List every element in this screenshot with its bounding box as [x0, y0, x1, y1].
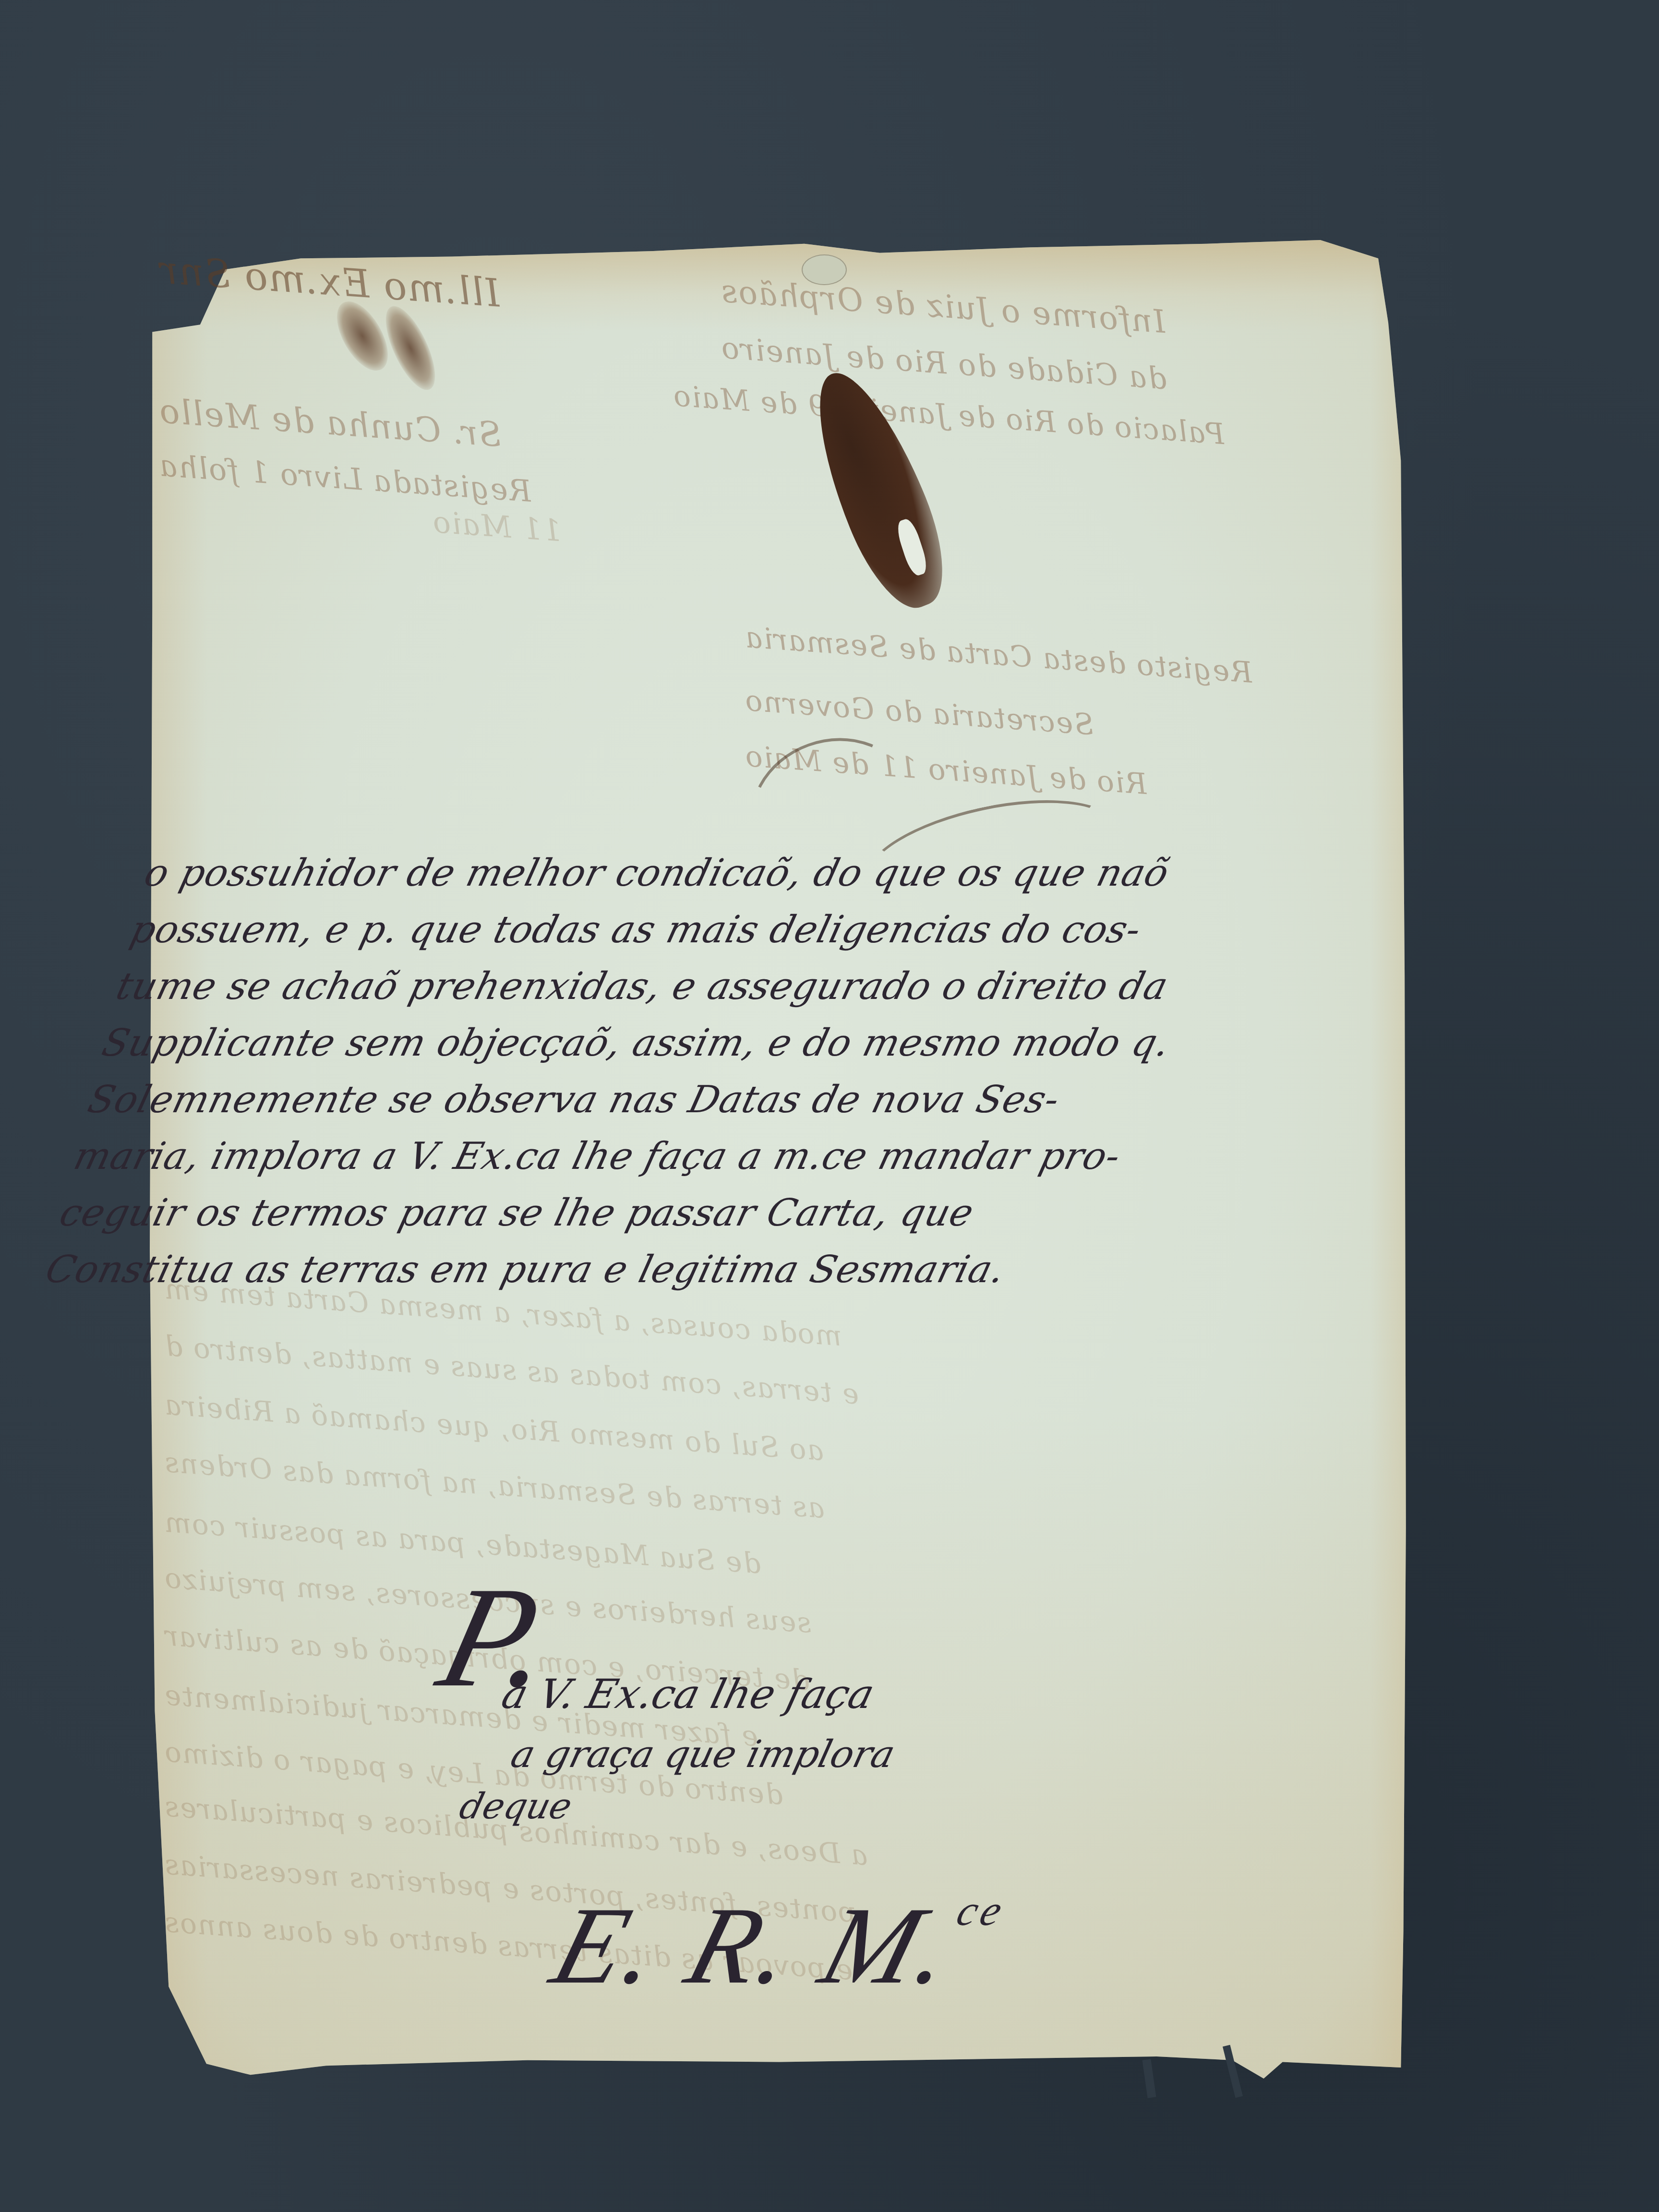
- closing-line-1: a V. Ex.ca lhe faça: [497, 1671, 879, 1718]
- body-line-5: Solemnemente se observa nas Datas de nov…: [82, 1071, 1008, 1128]
- paper-hole: [802, 254, 847, 285]
- petition-body: o possuhidor de melhor condicaõ, do que …: [40, 845, 1065, 1298]
- body-line-7: ceguir os termos para se lhe passar Cart…: [54, 1185, 980, 1241]
- body-line-4: Supplicante sem objecçaõ, assim, e do me…: [96, 1015, 1022, 1071]
- closing-line-3: deque: [456, 1786, 576, 1827]
- body-line-6: maria, implora a V. Ex.ca lhe faça a m.c…: [68, 1128, 994, 1185]
- body-line-3: tume se achaõ prehenxidas, e assegurado …: [110, 958, 1036, 1015]
- signature-erm: E. R. M.ce: [540, 1882, 1013, 2009]
- body-line-1: o possuhidor de melhor condicaõ, do que …: [139, 845, 1065, 902]
- signature-letters: E. R. M.: [540, 1884, 971, 2007]
- closing-line-2: a graça que implora: [506, 1733, 899, 1776]
- body-line-2: possuem, e p. que todas as mais deligenc…: [124, 902, 1050, 958]
